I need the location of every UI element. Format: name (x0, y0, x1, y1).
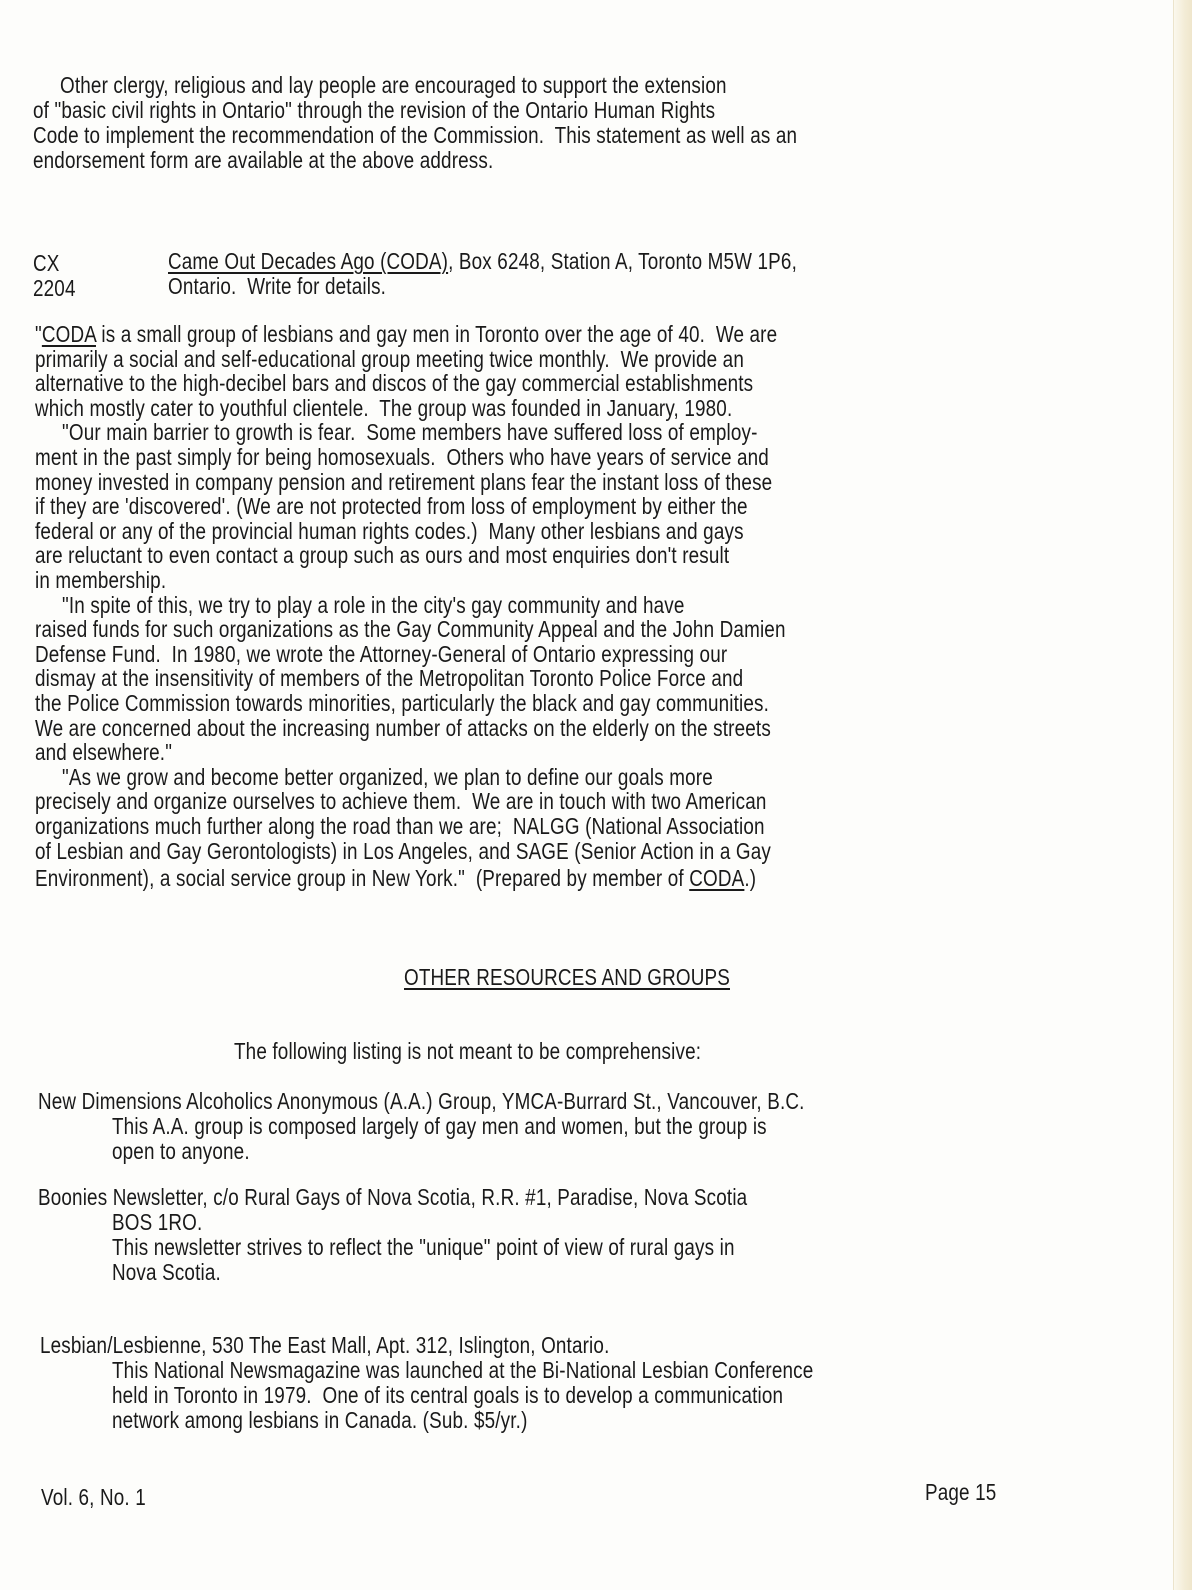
text-line: organizations much further along the roa… (35, 814, 765, 839)
text-line: "As we grow and become better organized,… (35, 765, 713, 790)
resource-description-line: network among lesbians in Canada. (Sub. … (112, 1408, 528, 1433)
closing-punct: .) (744, 865, 756, 891)
coda-abbrev: CODA (42, 321, 96, 347)
text-line: "Our main barrier to growth is fear. Som… (35, 420, 758, 445)
resource-description-line: Nova Scotia. (112, 1260, 221, 1285)
text-line: We are concerned about the increasing nu… (35, 716, 771, 741)
organization-name: Came Out Decades Ago (CODA) (168, 248, 448, 274)
text-line: federal or any of the provincial human r… (35, 519, 744, 544)
resource-title: New Dimensions Alcoholics Anonymous (A.A… (38, 1089, 805, 1114)
text-line: primarily a social and self-educational … (35, 347, 744, 372)
text-line: raised funds for such organizations as t… (35, 617, 786, 642)
volume-number: Vol. 6, No. 1 (41, 1485, 146, 1510)
resource-description-line: BOS 1RO. (112, 1210, 202, 1235)
text-line: of Lesbian and Gay Gerontologists) in Lo… (35, 839, 771, 864)
text-line: are reluctant to even contact a group su… (35, 543, 729, 568)
text-line: Defense Fund. In 1980, we wrote the Atto… (35, 642, 727, 667)
closing-text: Environment), a social service group in … (35, 865, 689, 891)
page-number: Page 15 (925, 1480, 996, 1505)
text-line: of "basic civil rights in Ontario" throu… (33, 98, 715, 123)
text-line: dismay at the insensitivity of members o… (35, 666, 743, 691)
coda-abbrev: CODA (689, 865, 744, 891)
text-line: Code to implement the recommendation of … (33, 123, 797, 148)
resource-description-line: This A.A. group is composed largely of g… (112, 1114, 767, 1139)
organization-address-line2: Ontario. Write for details. (168, 274, 386, 299)
resource-description-line: This newsletter strives to reflect the "… (112, 1235, 735, 1260)
text-line: ment in the past simply for being homose… (35, 445, 769, 470)
text-line: "CODA is a small group of lesbians and g… (35, 322, 777, 347)
text-line: the Police Commission towards minorities… (35, 691, 769, 716)
section-heading: OTHER RESOURCES AND GROUPS (404, 965, 730, 990)
text-line: if they are 'discovered'. (We are not pr… (35, 494, 748, 519)
resource-description-line: This National Newsmagazine was launched … (112, 1358, 813, 1383)
entry-header-line: Came Out Decades Ago (CODA), Box 6248, S… (168, 249, 797, 274)
text-line: in membership. (35, 568, 166, 593)
text-line: precisely and organize ourselves to achi… (35, 789, 767, 814)
resource-title: Lesbian/Lesbienne, 530 The East Mall, Ap… (40, 1333, 609, 1358)
text-line: alternative to the high-decibel bars and… (35, 371, 753, 396)
resource-title: Boonies Newsletter, c/o Rural Gays of No… (38, 1185, 747, 1210)
text-line: Other clergy, religious and lay people a… (33, 73, 727, 98)
catalog-number: 2204 (33, 276, 76, 301)
scanned-page-edge (1173, 0, 1192, 1590)
catalog-code: CX (33, 251, 60, 276)
coda-closing-line: Environment), a social service group in … (35, 866, 756, 891)
resource-description-line: open to anyone. (112, 1139, 250, 1164)
resource-description-line: held in Toronto in 1979. One of its cent… (112, 1383, 783, 1408)
text-line: and elsewhere." (35, 740, 172, 765)
section-intro: The following listing is not meant to be… (234, 1039, 701, 1064)
organization-address: , Box 6248, Station A, Toronto M5W 1P6, (448, 248, 797, 274)
text-line: money invested in company pension and re… (35, 470, 772, 495)
text-line: which mostly cater to youthful clientele… (35, 396, 732, 421)
text-line: endorsement form are available at the ab… (33, 148, 493, 173)
text-line: "In spite of this, we try to play a role… (35, 593, 685, 618)
